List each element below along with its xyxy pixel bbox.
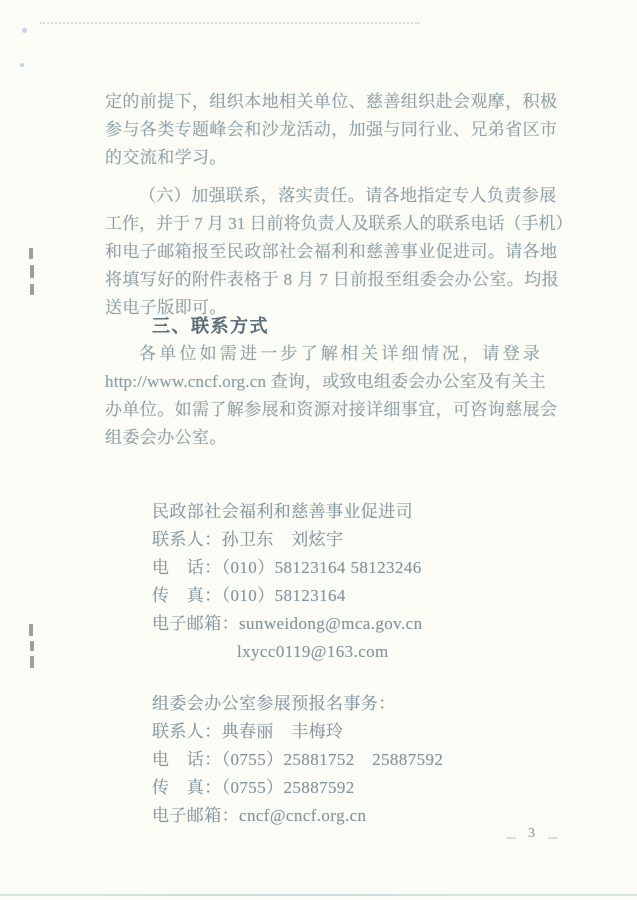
contact-block-committee: 组委会办公室参展预报名事务： 联系人：典春丽 丰梅玲 电 话：（0755）258… (152, 690, 443, 830)
contact-org-title: 组委会办公室参展预报名事务： (152, 690, 443, 718)
page-number: 3 (528, 820, 535, 848)
body-line: 参与各类专题峰会和沙龙活动，加强与同行业、兄弟省区市 (105, 116, 545, 144)
contact-email-secondary: lxycc0119@163.com (152, 638, 422, 666)
scan-artifact-dot (20, 63, 24, 67)
scan-artifact-edge-mark (29, 248, 33, 259)
scan-artifact-edge-mark (30, 284, 34, 295)
scan-artifact-top-line (40, 22, 420, 24)
contact-block-mca: 民政部社会福利和慈善事业促进司 联系人：孙卫东 刘炫宇 电 话：（010）581… (152, 498, 422, 666)
body-line-with-url: http://www.cncf.org.cn 查询，或致电组委会办公室及有关主 (105, 368, 545, 396)
scan-artifact-edge-mark (30, 656, 34, 668)
page-number-dash (548, 837, 558, 839)
scan-artifact-edge-mark (30, 641, 34, 651)
page-number-dash (506, 837, 516, 839)
paragraph-3: 各单位如需进一步了解相关详细情况，请登录 http://www.cncf.org… (105, 340, 545, 452)
contact-fax: 传 真：（0755）25887592 (152, 774, 443, 802)
body-line: 的交流和学习。 (105, 144, 545, 172)
contact-email: 电子邮箱：sunweidong@mca.gov.cn (152, 610, 422, 638)
contact-persons: 联系人：典春丽 丰梅玲 (152, 718, 443, 746)
body-line: 各单位如需进一步了解相关详细情况，请登录 (105, 340, 545, 368)
contact-fax: 传 真：（010）58123164 (152, 582, 422, 610)
body-line: 工作，并于 7 月 31 日前将负责人及联系人的联系电话（手机） (105, 210, 545, 238)
paragraph-1: 定的前提下，组织本地相关单位、慈善组织赴会观摩，积极 参与各类专题峰会和沙龙活动… (105, 88, 545, 172)
scan-artifact-edge-mark (29, 624, 33, 636)
contact-persons: 联系人：孙卫东 刘炫宇 (152, 526, 422, 554)
scan-artifact-edge-mark (30, 265, 34, 278)
contact-org-title: 民政部社会福利和慈善事业促进司 (152, 498, 422, 526)
body-line: 办单位。如需了解参展和资源对接详细事宜，可咨询慈展会 (105, 396, 545, 424)
body-line: （六）加强联系，落实责任。请各地指定专人负责参展 (105, 182, 545, 210)
scan-artifact-dot (22, 28, 27, 33)
body-line: 组委会办公室。 (105, 424, 545, 452)
scanned-document-page: 定的前提下，组织本地相关单位、慈善组织赴会观摩，积极 参与各类专题峰会和沙龙活动… (0, 0, 637, 900)
paragraph-2: （六）加强联系，落实责任。请各地指定专人负责参展 工作，并于 7 月 31 日前… (105, 182, 545, 322)
contact-phone: 电 话：（010）58123164 58123246 (152, 554, 422, 582)
contact-phone: 电 话：（0755）25881752 25887592 (152, 746, 443, 774)
scan-artifact-bottom-edge (0, 894, 637, 896)
contact-email: 电子邮箱：cncf@cncf.org.cn (152, 802, 443, 830)
body-line: 定的前提下，组织本地相关单位、慈善组织赴会观摩，积极 (105, 88, 545, 116)
body-line: 和电子邮箱报至民政部社会福利和慈善事业促进司。请各地 (105, 238, 545, 266)
section-heading: 三、联系方式 (152, 312, 269, 340)
body-line: 将填写好的附件表格于 8 月 7 日前报至组委会办公室。均报 (105, 266, 545, 294)
